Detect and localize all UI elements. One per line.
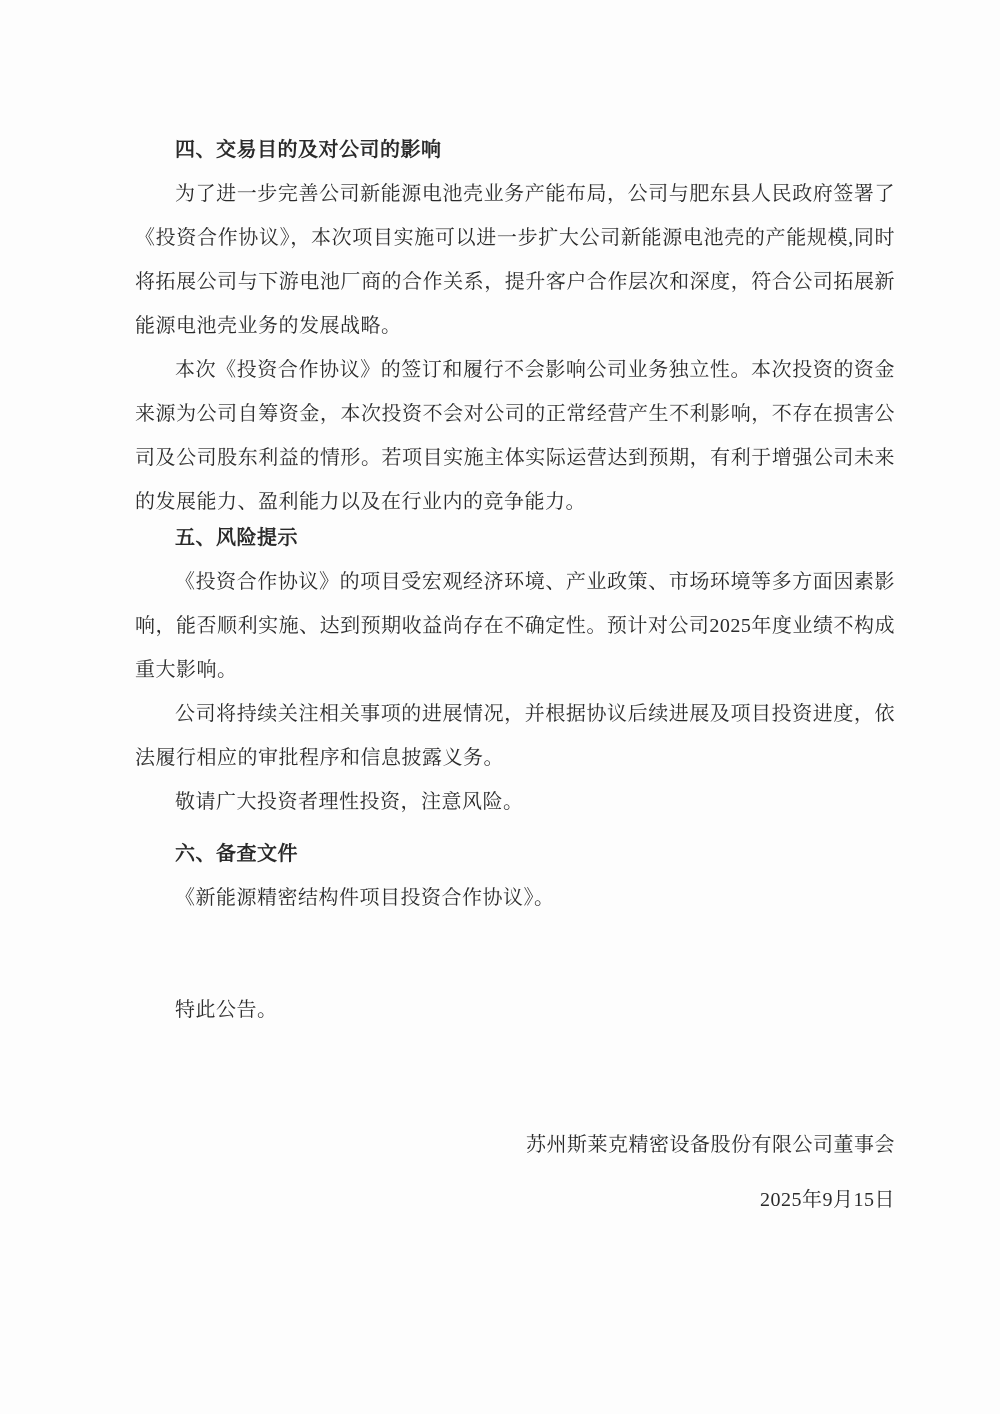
closing-statement: 特此公告。 — [135, 988, 895, 1032]
paragraph-reference-document: 《新能源精密结构件项目投资合作协议》。 — [135, 876, 895, 920]
signature-board-of-directors: 苏州斯莱克精密设备股份有限公司董事会 — [135, 1123, 895, 1167]
paragraph-risk-1: 《投资合作协议》的项目受宏观经济环境、产业政策、市场环境等多方面因素影响，能否顺… — [135, 560, 895, 692]
section-heading-purpose-and-impact: 四、交易目的及对公司的影响 — [135, 128, 895, 172]
announcement-page: 四、交易目的及对公司的影响 为了进一步完善公司新能源电池壳业务产能布局，公司与肥… — [0, 0, 1000, 1414]
paragraph-investor-reminder: 敬请广大投资者理性投资，注意风险。 — [135, 780, 895, 824]
paragraph-purpose-2: 本次《投资合作协议》的签订和履行不会影响公司业务独立性。本次投资的资金来源为公司… — [135, 348, 895, 524]
paragraph-risk-2: 公司将持续关注相关事项的进展情况，并根据协议后续进展及项目投资进度，依法履行相应… — [135, 692, 895, 780]
section-heading-reference-documents: 六、备查文件 — [135, 832, 895, 876]
paragraph-purpose-1: 为了进一步完善公司新能源电池壳业务产能布局，公司与肥东县人民政府签署了《投资合作… — [135, 172, 895, 348]
announcement-date: 2025年9月15日 — [135, 1178, 895, 1222]
